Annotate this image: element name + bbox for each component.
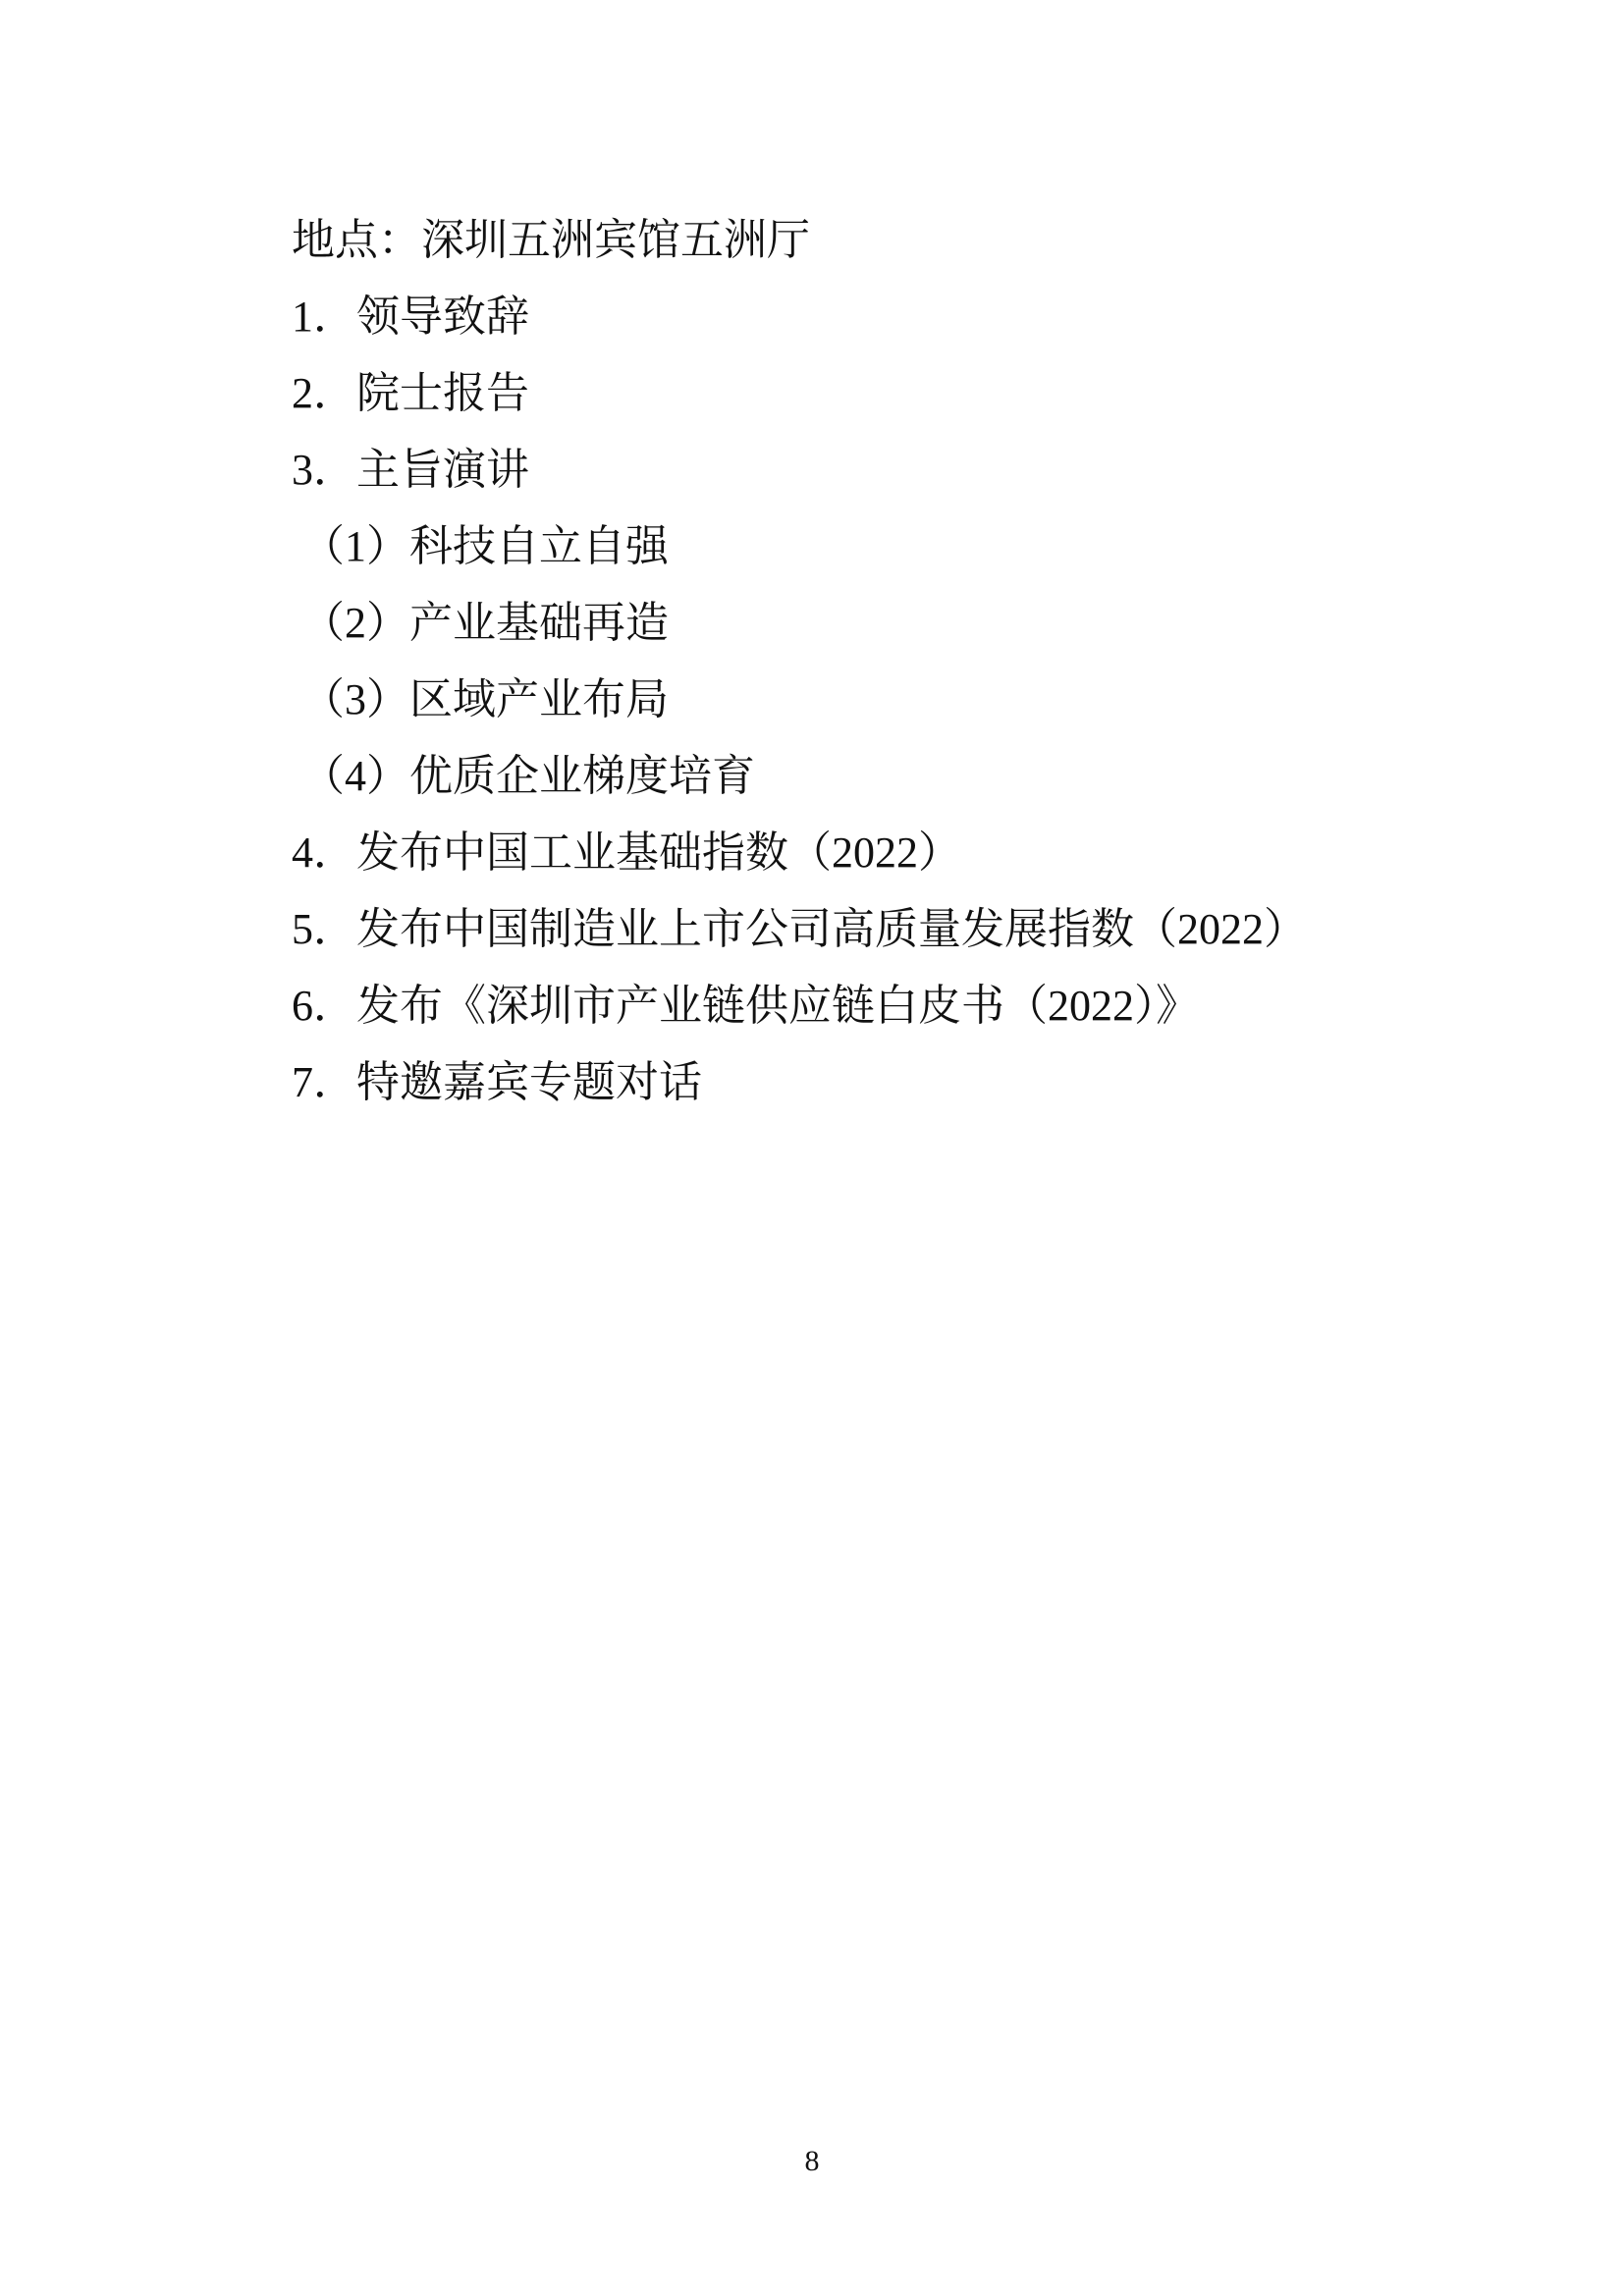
agenda-subitem-3: （3）区域产业布局	[292, 662, 1506, 738]
agenda-item-3: 3．主旨演讲	[292, 432, 1506, 508]
agenda-subitem-4: （4）优质企业梯度培育	[292, 738, 1506, 815]
agenda-item-7: 7．特邀嘉宾专题对话	[292, 1044, 1506, 1121]
agenda-section: 地点：深圳五洲宾馆五洲厅 1．领导致辞 2．院士报告 3．主旨演讲 （1）科技自…	[292, 202, 1506, 1121]
agenda-item-1: 1．领导致辞	[292, 279, 1506, 355]
agenda-subitem-1: （1）科技自立自强	[292, 508, 1506, 585]
page-footer: 8	[0, 2142, 1624, 2181]
agenda-item-4: 4．发布中国工业基础指数（2022）	[292, 815, 1506, 891]
venue-line: 地点：深圳五洲宾馆五洲厅	[292, 202, 1506, 279]
agenda-item-2: 2．院士报告	[292, 355, 1506, 432]
agenda-item-6: 6．发布《深圳市产业链供应链白皮书（2022）》	[292, 968, 1506, 1044]
agenda-subitem-2: （2）产业基础再造	[292, 585, 1506, 662]
document-page: 地点：深圳五洲宾馆五洲厅 1．领导致辞 2．院士报告 3．主旨演讲 （1）科技自…	[0, 0, 1624, 2296]
agenda-item-5: 5．发布中国制造业上市公司高质量发展指数（2022）	[292, 891, 1506, 968]
page-number: 8	[805, 2145, 820, 2177]
